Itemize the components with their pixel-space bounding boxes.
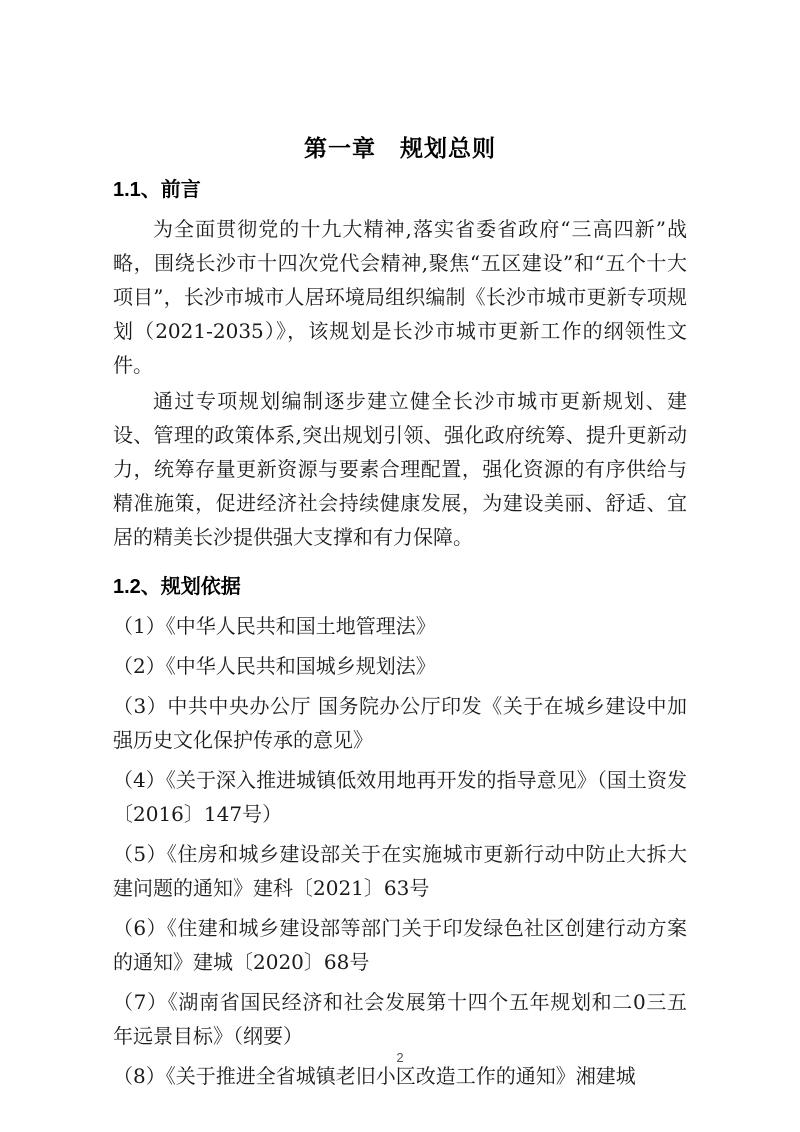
page-number: 2 bbox=[0, 1050, 800, 1065]
reference-list: （1）《中华人民共和国土地管理法》 （2）《中华人民共和国城乡规划法》 （3）中… bbox=[113, 609, 687, 1093]
chapter-title: 第一章 规划总则 bbox=[113, 130, 687, 163]
reference-item-1: （1）《中华人民共和国土地管理法》 bbox=[113, 609, 687, 643]
reference-item-6: （6）《住建和城乡建设部等部门关于印发绿色社区创建行动方案的通知》建城〔2020… bbox=[113, 911, 687, 979]
reference-item-4: （4）《关于深入推进城镇低效用地再开发的指导意见》（国土资发〔2016〕147号… bbox=[113, 763, 687, 831]
reference-item-7: （7）《湖南省国民经济和社会发展第十四个五年规划和二0三五年远景目标》（纲要） bbox=[113, 985, 687, 1053]
preface-paragraph-2: 通过专项规划编制逐步建立健全长沙市城市更新规划、建设、管理的政策体系,突出规划引… bbox=[113, 384, 687, 554]
document-page: 第一章 规划总则 1.1、前言 为全面贯彻党的十九大精神,落实省委省政府“三高四… bbox=[0, 0, 800, 1132]
reference-item-3: （3）中共中央办公厅 国务院办公厅印发《关于在城乡建设中加强历史文化保护传承的意… bbox=[113, 689, 687, 757]
section-heading-preface: 1.1、前言 bbox=[113, 173, 687, 202]
reference-item-5: （5）《住房和城乡建设部关于在实施城市更新行动中防止大拆大建问题的通知》建科〔2… bbox=[113, 837, 687, 905]
reference-item-2: （2）《中华人民共和国城乡规划法》 bbox=[113, 649, 687, 683]
section-heading-planning-basis: 1.2、规划依据 bbox=[113, 570, 687, 599]
preface-paragraph-1: 为全面贯彻党的十九大精神,落实省委省政府“三高四新”战略，围绕长沙市十四次党代会… bbox=[113, 212, 687, 382]
page-content: 第一章 规划总则 1.1、前言 为全面贯彻党的十九大精神,落实省委省政府“三高四… bbox=[113, 130, 687, 1099]
